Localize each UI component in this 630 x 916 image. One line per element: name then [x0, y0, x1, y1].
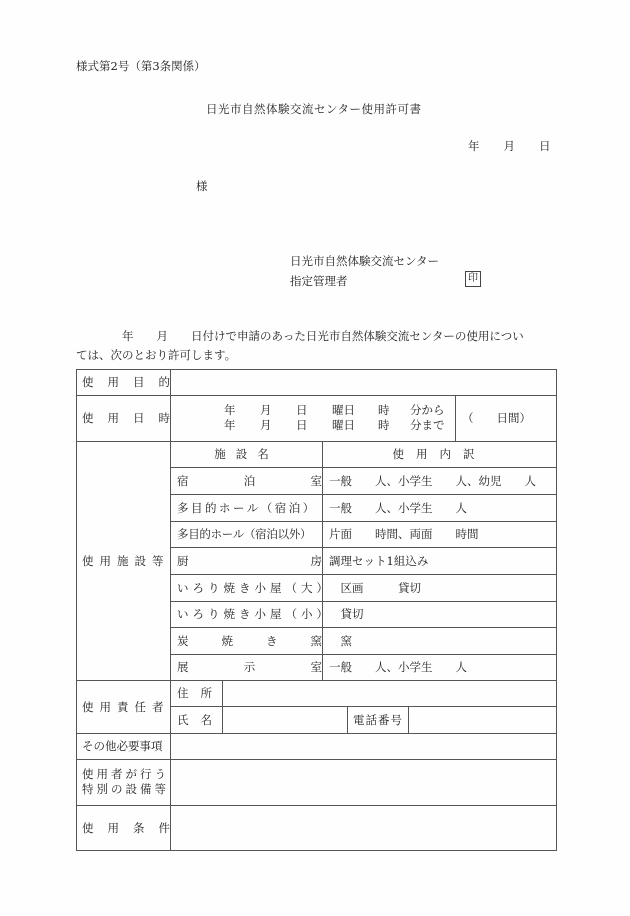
purpose-label-text: 使用目的: [82, 374, 164, 390]
facilities-label: 使用施設等: [76, 441, 170, 680]
permit-statement-line2: ては、次のとおり許可します。: [76, 346, 560, 365]
usage-breakdown-header: 使用内訳: [323, 441, 556, 467]
other-requirements-label: その他必要事項: [76, 733, 170, 759]
facility-usage-irori-small[interactable]: 貸切: [323, 601, 562, 627]
facility-usage-irori-large[interactable]: 区画 貸切: [323, 574, 562, 601]
facility-name-hall-nonlodging: 多目的ホール（宿泊以外）: [171, 521, 328, 547]
issue-date: 年月日: [468, 138, 551, 154]
issuer-role: 指定管理者: [290, 273, 348, 289]
seal-stamp: 印: [465, 271, 481, 287]
responsible-label-text: 使用責任者: [82, 699, 170, 715]
datetime-label: 使用日時: [76, 395, 170, 441]
facility-name-irori-small: いろり焼き小屋（小）: [171, 601, 328, 627]
facility-name-exhibition: 展示室: [171, 654, 322, 680]
conditions-field[interactable]: [171, 806, 556, 850]
facility-name-charcoal-kiln: 炭焼き窯: [171, 627, 322, 654]
addressee-suffix: 様: [196, 178, 208, 194]
facilities-label-text: 使用施設等: [82, 553, 170, 569]
purpose-label: 使用目的: [76, 369, 170, 395]
day-label: 日: [539, 138, 551, 154]
facility-name-hall-lodging: 多目的ホール（宿泊）: [171, 494, 328, 521]
datetime-label-text: 使用日時: [82, 410, 184, 426]
duration-days[interactable]: （ 日間）: [456, 395, 562, 441]
facility-usage-hall-lodging[interactable]: 一般 人、小学生 人: [323, 494, 562, 521]
issuer-organization: 日光市自然体験交流センター: [290, 253, 439, 269]
facility-usage-kitchen[interactable]: 調理セット1組込み: [323, 547, 562, 574]
permit-statement: 年 月 日付けで申請のあった日光市自然体験交流センターの使用につい ては、次のと…: [76, 327, 560, 365]
datetime-from: 年 月 日 曜日 時 分から: [224, 403, 445, 418]
facility-name-irori-large: いろり焼き小屋（大）: [171, 574, 328, 601]
facility-name-kitchen: 厨房: [171, 547, 322, 574]
other-requirements-field[interactable]: [171, 734, 556, 759]
permit-table: 使用目的 使用日時 年 月 日 曜日 時 分から 年 月 日 曜日 時 分まで …: [76, 369, 557, 851]
datetime-range[interactable]: 年 月 日 曜日 時 分から 年 月 日 曜日 時 分まで: [224, 395, 455, 441]
phone-field[interactable]: [409, 707, 556, 733]
facility-name-header: 施設名: [171, 441, 322, 467]
month-label: 月: [504, 138, 516, 154]
permit-statement-line1: 年 月 日付けで申請のあった日光市自然体験交流センターの使用につい: [76, 327, 560, 346]
address-field[interactable]: [223, 681, 556, 706]
facility-usage-charcoal-kiln[interactable]: 窯: [323, 627, 562, 654]
year-label: 年: [468, 138, 480, 154]
facility-usage-lodging[interactable]: 一般 人、小学生 人、幼児 人: [323, 467, 562, 494]
name-label: 氏名: [171, 706, 228, 733]
document-title: 日光市自然体験交流センター使用許可書: [206, 101, 422, 117]
facility-usage-exhibition[interactable]: 一般 人、小学生 人: [323, 654, 562, 680]
special-equipment-field[interactable]: [171, 760, 556, 805]
phone-label: 電話番号: [348, 706, 408, 733]
purpose-field[interactable]: [171, 370, 556, 395]
conditions-label: 使用条件: [76, 805, 170, 850]
datetime-to: 年 月 日 曜日 時 分まで: [224, 418, 445, 433]
address-label: 住所: [171, 680, 228, 706]
name-field[interactable]: [223, 707, 347, 733]
responsible-label: 使用責任者: [76, 680, 170, 733]
facility-name-lodging: 宿泊室: [171, 467, 322, 494]
facility-usage-hall-nonlodging[interactable]: 片面 時間、両面 時間: [323, 521, 562, 547]
form-number: 様式第2号（第3条関係）: [76, 58, 206, 74]
special-equipment-label: 使用者が行う 特別の設備等: [76, 759, 170, 805]
